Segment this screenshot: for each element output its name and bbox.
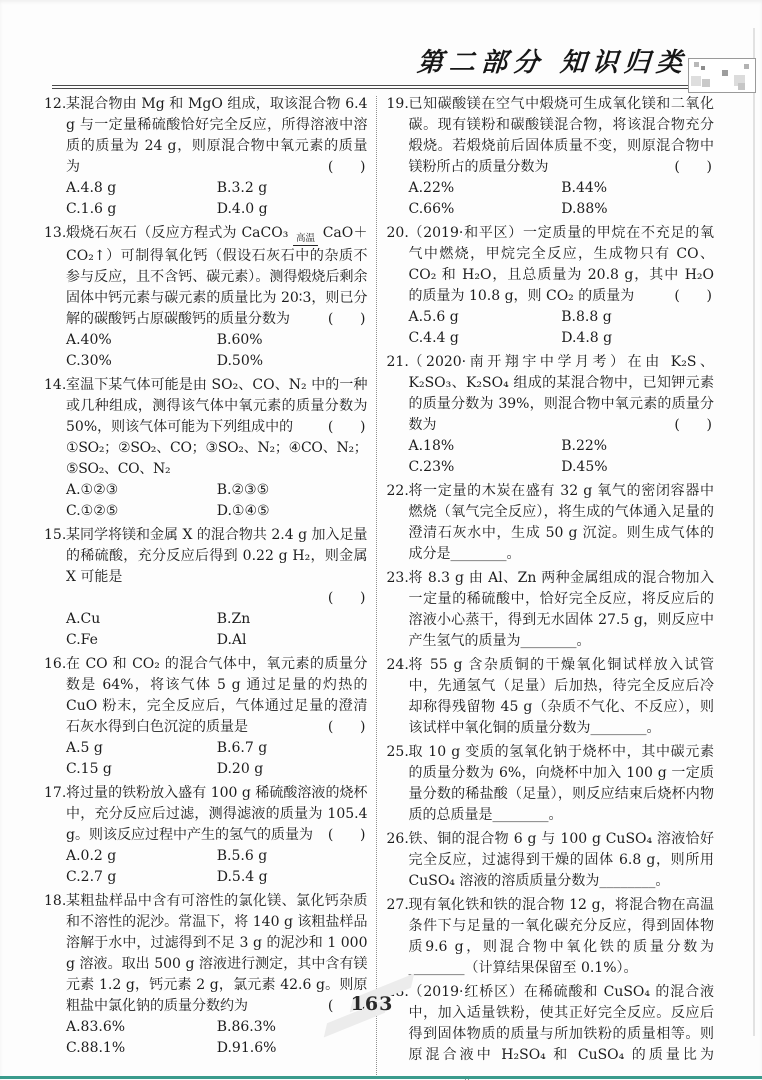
question-number: 12. xyxy=(44,94,66,115)
question-stem-text: 某混合物由 Mg 和 MgO 组成，取该混合物 6.4 g 与一定量稀硫酸恰好完… xyxy=(66,96,368,175)
question-item: 25. 取 10 g 变质的氢氧化钠于烧杯中，其中碳元素的质量分数为 6%，向烧… xyxy=(387,742,715,826)
option: B.Zn xyxy=(217,609,368,630)
option: A.①②③ xyxy=(66,480,217,501)
question-stem-text: 将 8.3 g 由 Al、Zn 两种金属组成的混合物加入一定量的稀硫酸中，恰好完… xyxy=(409,570,715,649)
option: A.4.8 g xyxy=(66,178,217,199)
question-item: 27. 现有氧化铁和铁的混合物 12 g，将混合物在高温条件下与足量的一氧化碳充… xyxy=(387,895,715,979)
answer-bracket: ( ) xyxy=(328,157,366,178)
page-footer: 163 xyxy=(0,994,744,1038)
question-item: 24. 将 55 g 含杂质铜的干燥氧化铜试样放入试管中，先通氢气（足量）后加热… xyxy=(387,655,715,739)
question-stem-text: （2019·和平区）一定质量的甲烷在不充足的氧气中燃烧，甲烷完全反应，生成物只有… xyxy=(409,225,715,304)
option: D.①④⑤ xyxy=(217,501,368,522)
options: A.5 gB.6.7 gC.15 gD.20 g xyxy=(66,738,368,780)
question-stem: （2019·和平区）一定质量的甲烷在不充足的氧气中燃烧，甲烷完全反应，生成物只有… xyxy=(409,223,715,307)
question-item: 19. 已知碳酸镁在空气中煅烧可生成氧化镁和二氧化碳。现有镁粉和碳酸镁混合物，将… xyxy=(387,94,715,220)
scan-edge-line xyxy=(753,28,755,1036)
question-stem: 某同学将镁和金属 X 的混合物共 2.4 g 加入足量的稀硫酸，充分反应后得到 … xyxy=(66,525,368,588)
question-item: 14. 室温下某气体可能是由 SO₂、CO、N₂ 中的一种或几种组成，测得该气体… xyxy=(44,375,368,522)
options: A.40%B.60%C.30%D.50% xyxy=(66,330,368,372)
option: B.8.8 g xyxy=(561,307,714,328)
question-note: ①SO₂；②SO₂、CO；③SO₂、N₂；④CO、N₂；⑤SO₂、CO、N₂ xyxy=(66,438,368,480)
question-number: 27. xyxy=(387,895,409,916)
option: D.4.0 g xyxy=(217,199,368,220)
question-stem-text: 将 55 g 含杂质铜的干燥氧化铜试样放入试管中，先通氢气（足量）后加热，待完全… xyxy=(409,657,715,736)
option: C.66% xyxy=(409,199,562,220)
question-item: 22. 将一定量的木炭在盛有 32 g 氧气的密闭容器中燃烧（氧气完全反应），将… xyxy=(387,481,715,565)
section-title: 第二部分 知识归类 xyxy=(416,46,689,80)
question-number: 25. xyxy=(387,742,409,763)
answer-bracket: ( ) xyxy=(328,825,366,846)
question-number: 14. xyxy=(44,375,66,396)
option: B.3.2 g xyxy=(217,178,368,199)
textbook-page: 第二部分 知识归类 12. 某混合物由 Mg 和 MgO 组成，取该混合物 6.… xyxy=(0,0,762,1080)
question-stem: 某混合物由 Mg 和 MgO 组成，取该混合物 6.4 g 与一定量稀硫酸恰好完… xyxy=(66,94,368,178)
answer-bracket: ( ) xyxy=(674,157,712,178)
options: A.18%B.22%C.23%D.45% xyxy=(409,436,715,478)
option: A.Cu xyxy=(66,609,217,630)
option: C.2.7 g xyxy=(66,867,217,888)
question-stem-text: 取 10 g 变质的氢氧化钠于烧杯中，其中碳元素的质量分数为 6%，向烧杯中加入… xyxy=(409,744,715,823)
option: B.5.6 g xyxy=(217,846,368,867)
question-stem: 在 CO 和 CO₂ 的混合气体中，氧元素的质量分数是 64%，将该气体 5 g… xyxy=(66,654,368,738)
question-item: 12. 某混合物由 Mg 和 MgO 组成，取该混合物 6.4 g 与一定量稀硫… xyxy=(44,94,368,220)
page-number: 163 xyxy=(351,993,394,1015)
question-stem-text: 在 CO 和 CO₂ 的混合气体中，氧元素的质量分数是 64%，将该气体 5 g… xyxy=(66,656,368,735)
question-stem-text: 某同学将镁和金属 X 的混合物共 2.4 g 加入足量的稀硫酸，充分反应后得到 … xyxy=(66,527,368,585)
options: A.0.2 gB.5.6 gC.2.7 gD.5.4 g xyxy=(66,846,368,888)
option: D.Al xyxy=(217,630,368,651)
question-item: 17. 将过量的铁粉放入盛有 100 g 稀硫酸溶液的烧杯中，充分反应后过滤，测… xyxy=(44,783,368,888)
column-divider xyxy=(376,96,377,1080)
options: A.5.6 gB.8.8 gC.4.4 gD.4.8 g xyxy=(409,307,715,349)
question-stem: 将 55 g 含杂质铜的干燥氧化铜试样放入试管中，先通氢气（足量）后加热，待完全… xyxy=(409,655,715,739)
question-item: 15. 某同学将镁和金属 X 的混合物共 2.4 g 加入足量的稀硫酸，充分反应… xyxy=(44,525,368,651)
option: D.20 g xyxy=(217,759,368,780)
option: B.②③⑤ xyxy=(217,480,368,501)
question-number: 26. xyxy=(387,829,409,850)
option: C.①②⑤ xyxy=(66,501,217,522)
option: D.91.6% xyxy=(217,1038,368,1059)
question-stem: 将一定量的木炭在盛有 32 g 氧气的密闭容器中燃烧（氧气完全反应），将生成的气… xyxy=(409,481,715,565)
question-stem: 室温下某气体可能是由 SO₂、CO、N₂ 中的一种或几种组成，测得该气体中氧元素… xyxy=(66,375,368,438)
question-number: 20. xyxy=(387,223,409,244)
option: A.18% xyxy=(409,436,562,457)
answer-bracket: ( ) xyxy=(328,309,366,330)
question-item: 26. 铁、铜的混合物 6 g 与 100 g CuSO₄ 溶液恰好完全反应，过… xyxy=(387,829,715,892)
options: A.22%B.44%C.66%D.88% xyxy=(409,178,715,220)
answer-bracket: ( ) xyxy=(674,286,712,307)
question-stem-text: （2020·南开翔宇中学月考）在由 K₂S、K₂SO₃、K₂SO₄ 组成的某混合… xyxy=(409,354,715,433)
question-stem-text: 煅烧石灰石（反应方程式为 CaCO₃ 高温 CaO＋CO₂↑）可制得氧化钙（假设… xyxy=(66,225,368,327)
question-stem: 取 10 g 变质的氢氧化钠于烧杯中，其中碳元素的质量分数为 6%，向烧杯中加入… xyxy=(409,742,715,826)
answer-bracket: ( ) xyxy=(674,415,712,436)
option: A.40% xyxy=(66,330,217,351)
option: B.60% xyxy=(217,330,368,351)
option: B.44% xyxy=(561,178,714,199)
question-stem: 铁、铜的混合物 6 g 与 100 g CuSO₄ 溶液恰好完全反应，过滤得到干… xyxy=(409,829,715,892)
question-stem: 已知碳酸镁在空气中煅烧可生成氧化镁和二氧化碳。现有镁粉和碳酸镁混合物，将该混合物… xyxy=(409,94,715,178)
question-stem: 将 8.3 g 由 Al、Zn 两种金属组成的混合物加入一定量的稀硫酸中，恰好完… xyxy=(409,568,715,652)
option: B.6.7 g xyxy=(217,738,368,759)
checker-decoration xyxy=(688,58,756,93)
option: C.15 g xyxy=(66,759,217,780)
option: C.30% xyxy=(66,351,217,372)
options: A.①②③B.②③⑤C.①②⑤D.①④⑤ xyxy=(66,480,368,522)
column-right: 19. 已知碳酸镁在空气中煅烧可生成氧化镁和二氧化碳。现有镁粉和碳酸镁混合物，将… xyxy=(387,94,715,1080)
question-number: 13. xyxy=(44,223,66,244)
question-item: 20. （2019·和平区）一定质量的甲烷在不充足的氧气中燃烧，甲烷完全反应，生… xyxy=(387,223,715,349)
question-stem-text: 已知碳酸镁在空气中煅烧可生成氧化镁和二氧化碳。现有镁粉和碳酸镁混合物，将该混合物… xyxy=(409,96,715,175)
answer-bracket-line: ( ) xyxy=(66,588,368,609)
answer-bracket: ( ) xyxy=(328,417,366,438)
bottom-accent-rule xyxy=(0,1076,762,1080)
question-number: 22. xyxy=(387,481,409,502)
option: D.50% xyxy=(217,351,368,372)
question-stem-text: 现有氧化铁和铁的混合物 12 g，将混合物在高温条件下与足量的一氧化碳充分反应，… xyxy=(409,897,715,976)
question-item: 21. （2020·南开翔宇中学月考）在由 K₂S、K₂SO₃、K₂SO₄ 组成… xyxy=(387,352,715,478)
question-number: 18. xyxy=(44,891,66,912)
question-number: 21. xyxy=(387,352,409,373)
option: C.4.4 g xyxy=(409,328,562,349)
question-item: 23. 将 8.3 g 由 Al、Zn 两种金属组成的混合物加入一定量的稀硫酸中… xyxy=(387,568,715,652)
question-stem: 将过量的铁粉放入盛有 100 g 稀硫酸溶液的烧杯中，充分反应后过滤，测得滤液的… xyxy=(66,783,368,846)
question-stem: 煅烧石灰石（反应方程式为 CaCO₃ 高温 CaO＋CO₂↑）可制得氧化钙（假设… xyxy=(66,223,368,330)
question-item: 13. 煅烧石灰石（反应方程式为 CaCO₃ 高温 CaO＋CO₂↑）可制得氧化… xyxy=(44,223,368,372)
question-number: 19. xyxy=(387,94,409,115)
question-stem: （2020·南开翔宇中学月考）在由 K₂S、K₂SO₃、K₂SO₄ 组成的某混合… xyxy=(409,352,715,436)
question-stem-text: 铁、铜的混合物 6 g 与 100 g CuSO₄ 溶液恰好完全反应，过滤得到干… xyxy=(409,831,715,889)
question-number: 23. xyxy=(387,568,409,589)
question-area: 12. 某混合物由 Mg 和 MgO 组成，取该混合物 6.4 g 与一定量稀硫… xyxy=(44,94,714,1080)
option: A.0.2 g xyxy=(66,846,217,867)
question-stem-text: 将一定量的木炭在盛有 32 g 氧气的密闭容器中燃烧（氧气完全反应），将生成的气… xyxy=(409,483,715,562)
option: B.22% xyxy=(561,436,714,457)
column-left: 12. 某混合物由 Mg 和 MgO 组成，取该混合物 6.4 g 与一定量稀硫… xyxy=(44,94,368,1080)
options: A.CuB.ZnC.FeD.Al xyxy=(66,609,368,651)
option: C.1.6 g xyxy=(66,199,217,220)
option: D.4.8 g xyxy=(561,328,714,349)
question-stem: 现有氧化铁和铁的混合物 12 g，将混合物在高温条件下与足量的一氧化碳充分反应，… xyxy=(409,895,715,979)
question-item: 16. 在 CO 和 CO₂ 的混合气体中，氧元素的质量分数是 64%，将该气体… xyxy=(44,654,368,780)
option: C.23% xyxy=(409,457,562,478)
question-number: 17. xyxy=(44,783,66,804)
option: C.88.1% xyxy=(66,1038,217,1059)
option: C.Fe xyxy=(66,630,217,651)
question-stem-text: 将过量的铁粉放入盛有 100 g 稀硫酸溶液的烧杯中，充分反应后过滤，测得滤液的… xyxy=(66,785,368,843)
header-double-rule xyxy=(52,85,754,89)
option: A.5 g xyxy=(66,738,217,759)
question-number: 24. xyxy=(387,655,409,676)
reaction-condition: 高温 xyxy=(293,234,318,246)
answer-bracket: ( ) xyxy=(328,717,366,738)
option: D.45% xyxy=(561,457,714,478)
options: A.4.8 gB.3.2 gC.1.6 gD.4.0 g xyxy=(66,178,368,220)
option: A.5.6 g xyxy=(409,307,562,328)
option: D.5.4 g xyxy=(217,867,368,888)
option: A.22% xyxy=(409,178,562,199)
question-number: 16. xyxy=(44,654,66,675)
option: D.88% xyxy=(561,199,714,220)
question-number: 15. xyxy=(44,525,66,546)
question-stem-text: 室温下某气体可能是由 SO₂、CO、N₂ 中的一种或几种组成，测得该气体中氧元素… xyxy=(66,377,368,435)
